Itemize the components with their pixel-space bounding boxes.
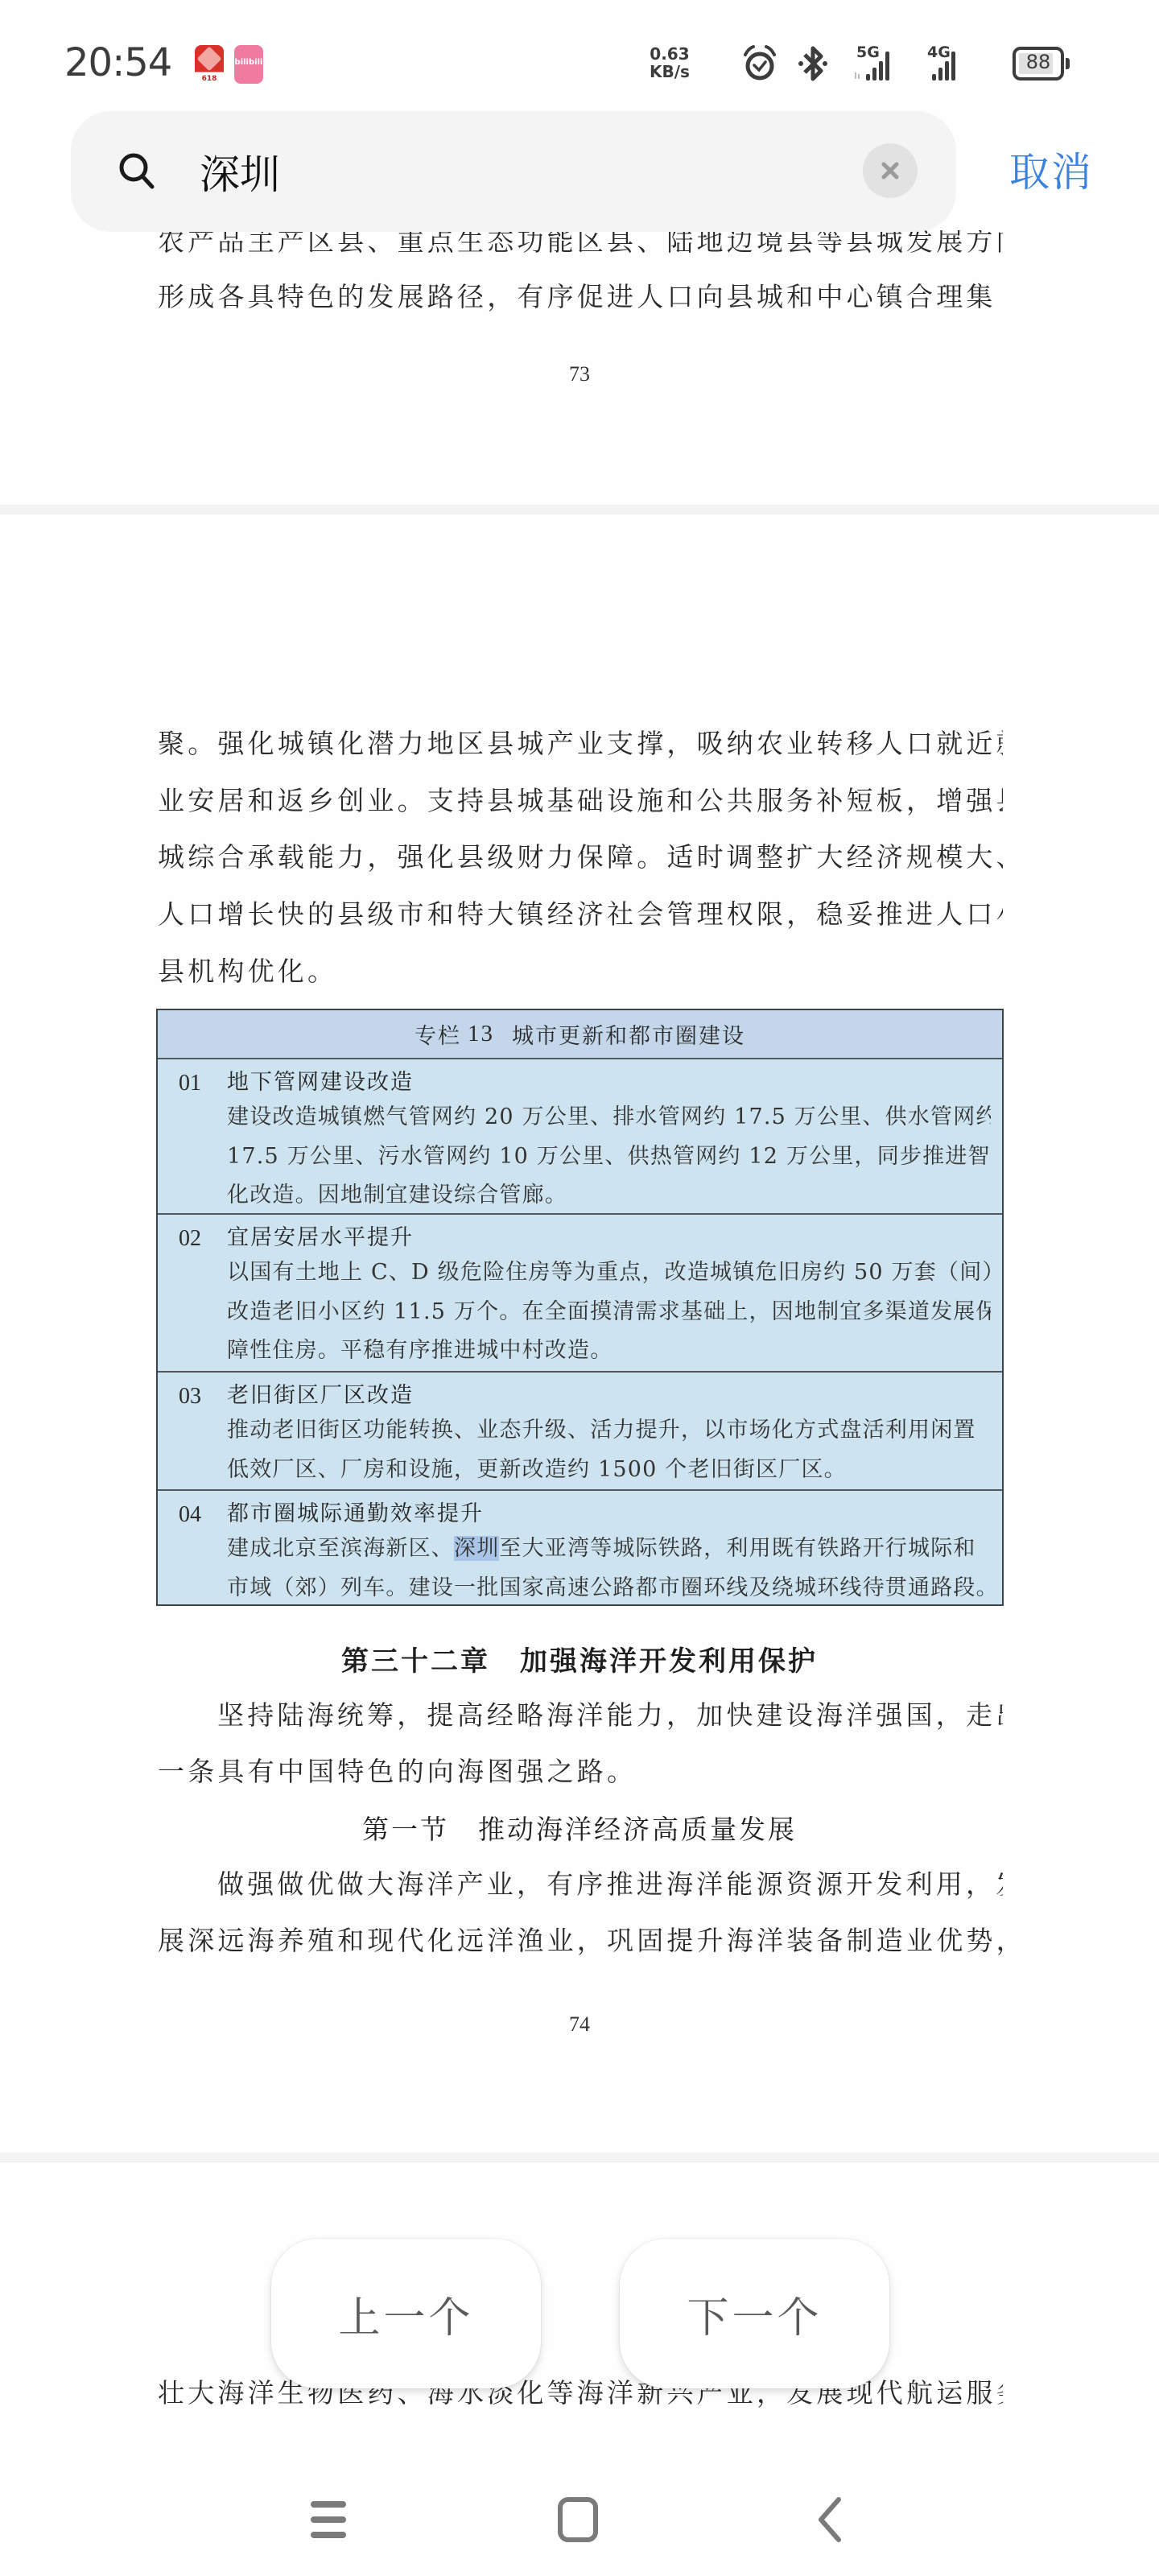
item-title: 老旧街区厂区改造 (227, 1381, 1002, 1411)
back-icon (813, 2496, 845, 2543)
text-line: 做强做优做大海洋产业，有序推进海洋能源资源开发利用，发 (158, 1868, 1003, 1901)
item-index: 01 (179, 1071, 201, 1096)
item-body: 建设改造城镇燃气管网约 20 万公里、排水管网约 17.5 万公里、供水管网约 … (227, 1098, 991, 1216)
recents-button[interactable] (304, 2495, 353, 2544)
bilibili-notification-icon: bilibili (234, 45, 263, 84)
box-label: 专栏 (415, 1018, 461, 1050)
body-line: 17.5 万公里、污水管网约 10 万公里、供热管网约 12 万公里，同步推进智… (227, 1137, 991, 1177)
clock: 20:54 (64, 40, 171, 85)
next-match-button[interactable]: 下一个 (620, 2239, 889, 2388)
text-line: 形成各具特色的发展路径，有序促进人口向县城和中心镇合理集 (158, 281, 1003, 313)
box-item-01: 01 地下管网建设改造 建设改造城镇燃气管网约 20 万公里、排水管网约 17.… (158, 1059, 1002, 1215)
search-bar[interactable] (71, 111, 956, 232)
body-line: 建成北京至滨海新区、深圳至大亚湾等城际铁路，利用既有铁路开行城际和 (227, 1529, 991, 1569)
speed-unit: KB/s (650, 63, 690, 80)
item-index: 04 (179, 1502, 201, 1528)
speed-value: 0.63 (650, 45, 690, 63)
search-input[interactable] (200, 135, 763, 208)
body-line: 低效厂区、厂房和设施，更新改造约 1500 个老旧街区厂区。 (227, 1451, 991, 1490)
text-line: 坚持陆海统筹，提高经略海洋能力，加快建设海洋强国，走出 (158, 1699, 1003, 1732)
text-line: 展深远海养殖和现代化远洋渔业，巩固提升海洋装备制造业优势， (158, 1925, 1003, 1957)
bluetooth-icon (797, 42, 829, 87)
signal-bars-icon-2 (922, 45, 963, 82)
system-navigation-bar (0, 2463, 1159, 2576)
body-line: 建设改造城镇燃气管网约 20 万公里、排水管网约 17.5 万公里、供水管网约 (227, 1098, 991, 1137)
page-separator (0, 505, 1159, 514)
item-index: 02 (179, 1226, 201, 1252)
box-item-04: 04 都市圈城际通勤效率提升 建成北京至滨海新区、深圳至大亚湾等城际铁路，利用既… (158, 1491, 1002, 1604)
network-speed: 0.63 KB/s (650, 45, 690, 80)
text-line: 业安居和返乡创业。支持县城基础设施和公共服务补短板，增强县 (158, 785, 1003, 817)
text-before-match: 建成北京至滨海新区、 (227, 1536, 454, 1561)
text-after-match: 至大亚湾等城际铁路，利用既有铁路开行城际和 (499, 1536, 975, 1561)
close-icon (880, 160, 901, 181)
battery-level: 88 (1016, 51, 1061, 73)
battery-indicator: 88 (1013, 47, 1064, 80)
info-box-header: 专栏 13 城市更新和都市圈建设 (158, 1010, 1002, 1059)
clear-search-button[interactable] (863, 143, 918, 198)
page-separator (0, 2153, 1159, 2162)
search-icon (118, 151, 158, 192)
item-title: 都市圈城际通勤效率提升 (227, 1499, 1002, 1529)
text-line: 壮大海洋生物医药、海水淡化等海洋新兴产业，发展现代航运服务 (158, 2377, 1003, 2409)
item-body: 推动老旧街区功能转换、业态升级、活力提升，以市场化方式盘活利用闲置 低效厂区、厂… (227, 1411, 991, 1489)
previous-match-button[interactable]: 上一个 (271, 2239, 541, 2388)
info-box-column-13: 专栏 13 城市更新和都市圈建设 01 地下管网建设改造 建设改造城镇燃气管网约… (156, 1009, 1004, 1606)
body-line: 障性住房。平稳有序推进城中村改造。 (227, 1331, 991, 1371)
home-button[interactable] (554, 2495, 602, 2544)
body-line: 推动老旧街区功能转换、业态升级、活力提升，以市场化方式盘活利用闲置 (227, 1411, 991, 1451)
home-icon (557, 2496, 599, 2543)
back-button[interactable] (805, 2495, 853, 2544)
box-number: 13 (468, 1021, 494, 1047)
pinduoduo-notification-icon: 618 (195, 45, 224, 84)
search-header: 取消 (0, 106, 1159, 231)
app-label: bilibili (234, 58, 263, 67)
section-heading: 第一节 推动海洋经济高质量发展 (0, 1813, 1159, 1847)
page-number: 74 (0, 2013, 1159, 2037)
item-title: 宜居安居水平提升 (227, 1223, 1002, 1253)
status-bar: 20:54 618 bilibili 0.63 KB/s 5G 4G 4G 88 (0, 0, 1159, 106)
text-line: 一条具有中国特色的向海图强之路。 (158, 1756, 1003, 1788)
box-item-02: 02 宜居安居水平提升 以国有土地上 C、D 级危险住房等为重点，改造城镇危旧房… (158, 1215, 1002, 1373)
menu-icon (309, 2498, 348, 2541)
body-line: 市域（郊）列车。建设一批国家高速公路都市圈环线及绕城环线待贯通路段。 (227, 1569, 991, 1608)
box-title: 城市更新和都市圈建设 (512, 1018, 745, 1050)
document-viewer[interactable]: 农产品主产区县、重点生态功能区县、陆地边境县等县城发展方向， 形成各具特色的发展… (0, 0, 1159, 2576)
search-match-highlight[interactable]: 深圳 (454, 1536, 499, 1561)
text-line: 聚。强化城镇化潜力地区县城产业支撑，吸纳农业转移人口就近就 (158, 728, 1003, 760)
signal-bars-icon (853, 45, 893, 82)
cancel-button[interactable]: 取消 (1009, 140, 1093, 198)
body-line: 化改造。因地制宜建设综合管廊。 (227, 1176, 991, 1216)
item-index: 03 (179, 1384, 201, 1410)
body-line: 改造老旧小区约 11.5 万个。在全面摸清需求基础上，因地制宜多渠道发展保 (227, 1293, 991, 1332)
item-body: 以国有土地上 C、D 级危险住房等为重点，改造城镇危旧房约 50 万套（间）。 … (227, 1253, 991, 1371)
item-body: 建成北京至滨海新区、深圳至大亚湾等城际铁路，利用既有铁路开行城际和 市域（郊）列… (227, 1529, 991, 1608)
body-line: 以国有土地上 C、D 级危险住房等为重点，改造城镇危旧房约 50 万套（间）。 (227, 1253, 991, 1293)
text-line: 人口增长快的县级市和特大镇经济社会管理权限，稳妥推进人口小 (158, 898, 1003, 931)
item-title: 地下管网建设改造 (227, 1067, 1002, 1098)
page-number: 73 (0, 362, 1159, 386)
text-line: 县机构优化。 (158, 956, 1003, 988)
text-line: 城综合承载能力，强化县级财力保障。适时调整扩大经济规模大、 (158, 841, 1003, 873)
box-item-03: 03 老旧街区厂区改造 推动老旧街区功能转换、业态升级、活力提升，以市场化方式盘… (158, 1373, 1002, 1491)
app-badge: 618 (195, 75, 224, 83)
chapter-heading: 第三十二章 加强海洋开发利用保护 (0, 1645, 1159, 1678)
alarm-icon (742, 43, 777, 84)
